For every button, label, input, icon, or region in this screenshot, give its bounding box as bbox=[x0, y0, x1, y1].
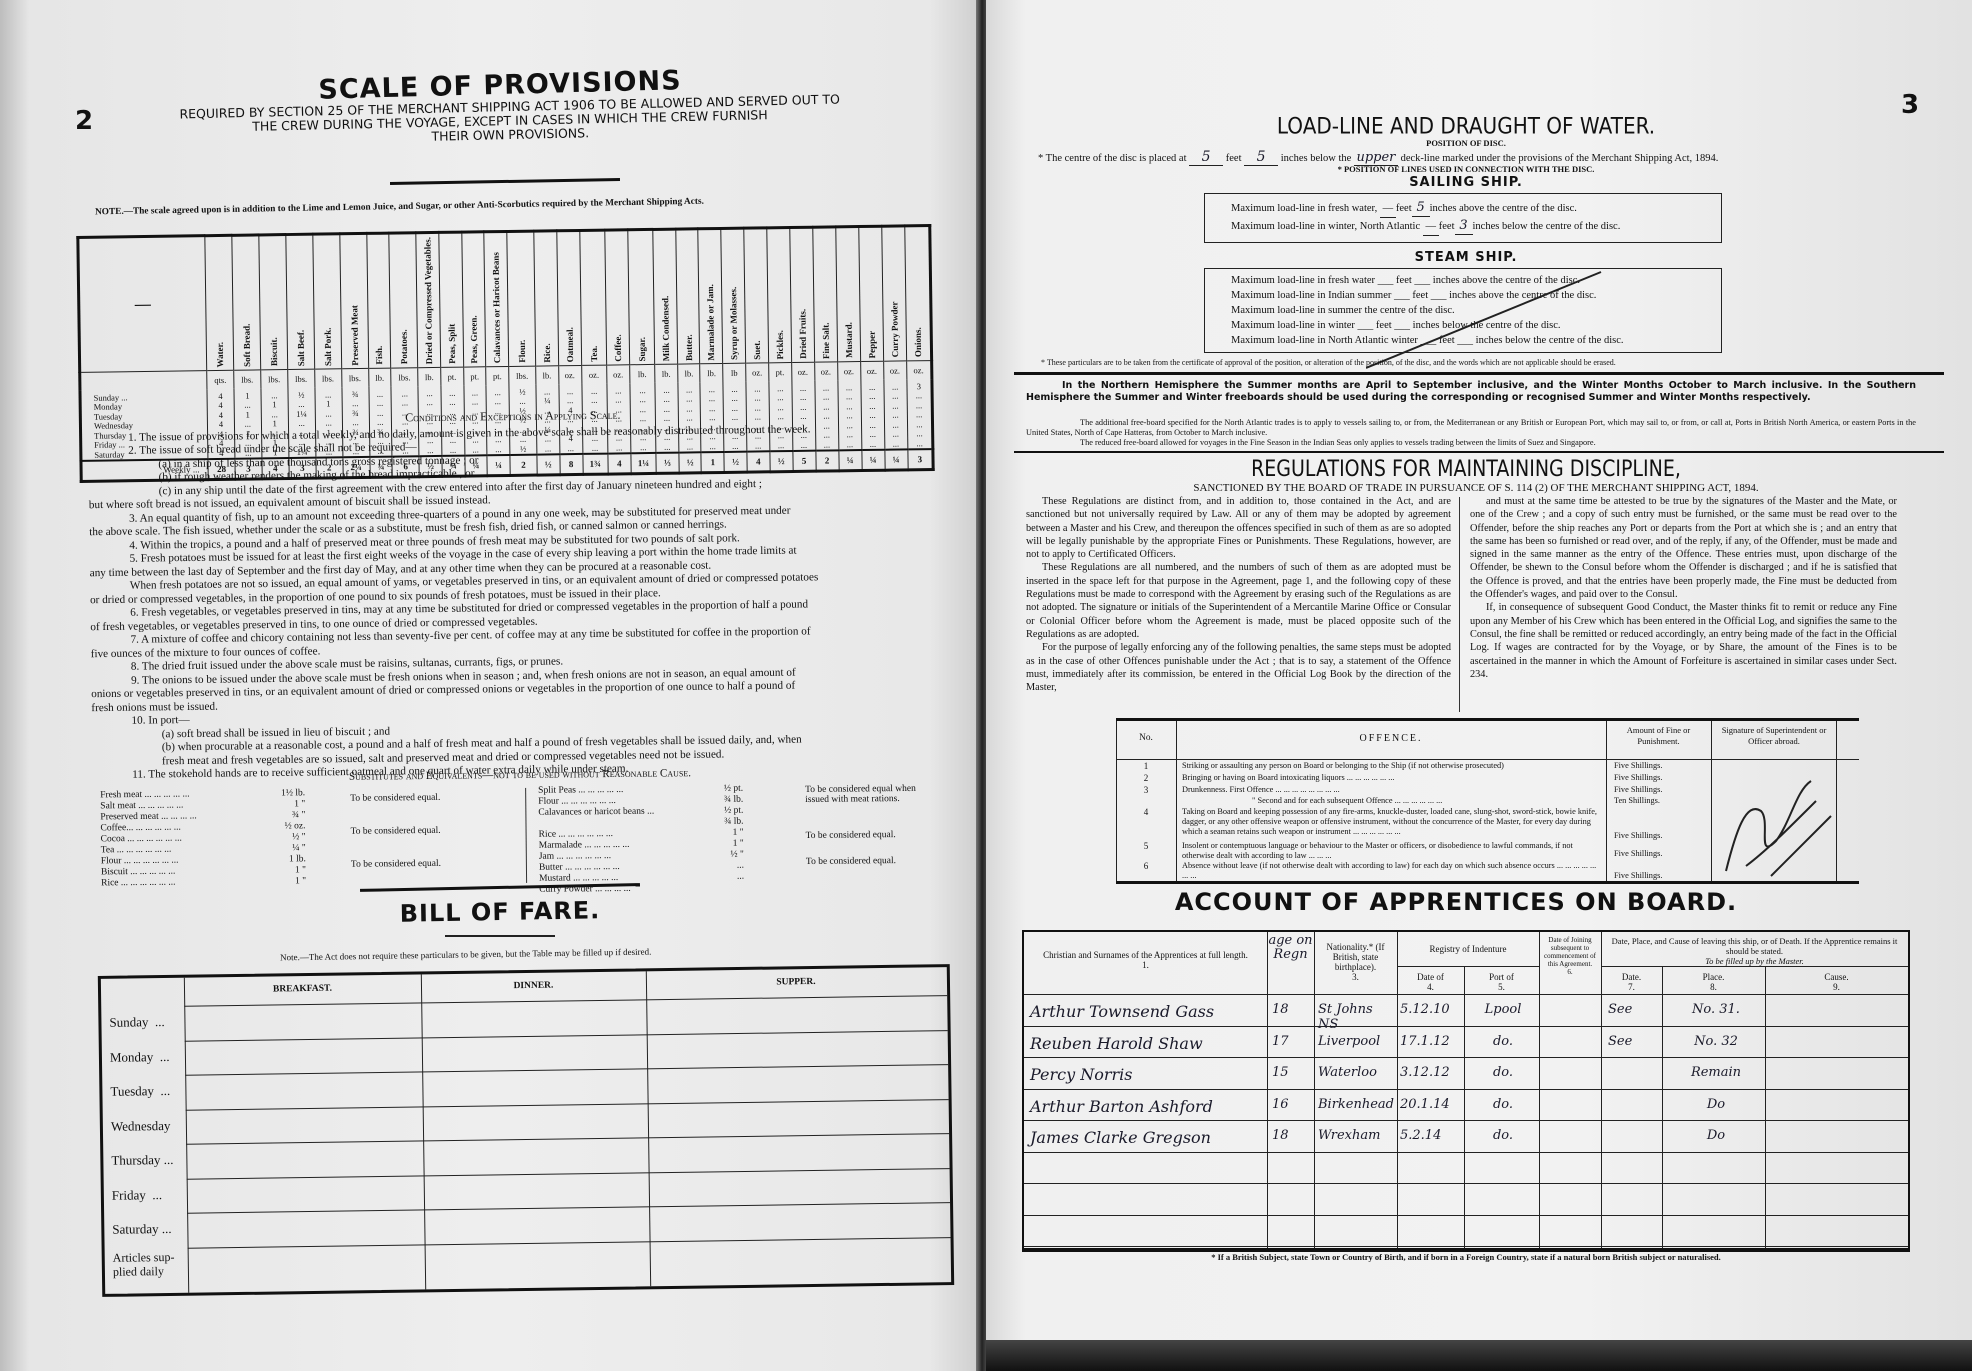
feet-field[interactable]: — bbox=[1380, 201, 1396, 218]
regulation-paragraph: and must at the same time be attested to… bbox=[1470, 495, 1897, 601]
hemisphere-note: In the Northern Hemisphere the Summer mo… bbox=[1026, 380, 1916, 404]
column-header: Calavances or Haricot Beans bbox=[484, 231, 509, 366]
substitute-item: Rice ... ... ... ... ... ... bbox=[101, 877, 276, 890]
fine-amount: Five Shillings. bbox=[1614, 785, 1709, 794]
column-header: Potatoes. bbox=[389, 233, 418, 369]
substitutes-left-list: Fresh meat ... ... ... ... ...1½ lb.Salt… bbox=[100, 788, 306, 889]
apprentice-place[interactable]: No. 31. bbox=[1669, 1002, 1763, 1017]
column-header: Sugar. bbox=[628, 229, 655, 365]
substitute-qty: ½ oz. bbox=[275, 821, 305, 832]
divider bbox=[390, 178, 620, 185]
header-text: Place. bbox=[1703, 972, 1725, 982]
apprentice-nationality[interactable]: Birkenhead bbox=[1318, 1097, 1396, 1112]
static-text: Maximum load-line in winter, North Atlan… bbox=[1231, 221, 1420, 232]
static-text: feet bbox=[1396, 203, 1412, 214]
column-header: Flour. bbox=[507, 231, 536, 367]
fine-amount: Five Shillings. bbox=[1614, 773, 1709, 782]
column-header-label: Potatoes. bbox=[399, 327, 410, 368]
offence-text: " Second and for each subsequent Offence… bbox=[1182, 796, 1602, 806]
page-edge-shadow bbox=[986, 1340, 1972, 1371]
column-header-label: Milk Condensed. bbox=[660, 292, 671, 364]
apprentice-port[interactable]: do. bbox=[1470, 1128, 1536, 1143]
column-header-supper: SUPPER. bbox=[646, 967, 946, 997]
apprentice-port[interactable]: do. bbox=[1470, 1065, 1536, 1080]
bill-of-fare-cell-breakfast[interactable] bbox=[188, 1176, 424, 1212]
apprentice-name[interactable]: Arthur Barton Ashford bbox=[1030, 1097, 1265, 1116]
apprentice-age[interactable]: 18 bbox=[1272, 1002, 1312, 1017]
superintendent-signature bbox=[1716, 771, 1836, 881]
inches-field[interactable]: 5 bbox=[1412, 200, 1430, 217]
column-header-label: Soft Bread. bbox=[241, 320, 252, 369]
steam-ship-title: STEAM SHIP. bbox=[1126, 250, 1806, 265]
unit-cell: qts. bbox=[207, 370, 234, 389]
offence-text: Absence without leave (if not otherwise … bbox=[1182, 861, 1602, 881]
static-text: inches below the bbox=[1281, 153, 1352, 164]
apprentice-date[interactable]: 5.12.10 bbox=[1400, 1002, 1462, 1017]
header-date-joining: Date of Joining subsequent to commenceme… bbox=[1539, 936, 1601, 976]
unit-cell: lb. bbox=[629, 365, 655, 384]
feet-field[interactable]: — bbox=[1423, 219, 1439, 236]
column-header: Oatmeal. bbox=[556, 230, 581, 365]
header-text: Nationality.* (If British, state birthpl… bbox=[1327, 942, 1385, 972]
substitute-qty: ¾ lb. bbox=[713, 817, 743, 828]
header-no: No. bbox=[1116, 733, 1176, 743]
sailing-load-line-row: Maximum load-line in fresh water, —feet5… bbox=[1231, 200, 1721, 218]
fine-amount: Five Shillings. bbox=[1614, 849, 1709, 858]
substitute-qty: ... bbox=[714, 861, 744, 872]
substitute-qty: ¾ lb. bbox=[713, 795, 743, 806]
substitute-qty: 1 " bbox=[714, 839, 744, 850]
apprentice-port[interactable]: do. bbox=[1470, 1097, 1536, 1112]
column-header-label: Fine Salt. bbox=[820, 319, 831, 362]
substitute-row: Rice ... ... ... ... ... ...1 " bbox=[101, 876, 306, 889]
substitutes-right-list: Split Peas ... ... ... ... ...½ pt.Flour… bbox=[538, 784, 744, 896]
column-header: Butter. bbox=[676, 229, 701, 364]
bill-of-fare-cell-breakfast[interactable] bbox=[188, 1210, 424, 1246]
fine-amount: Five Shillings. bbox=[1614, 871, 1709, 880]
unit-cell: oz. bbox=[606, 365, 629, 384]
column-header-label: Syrup or Molasses. bbox=[728, 284, 739, 363]
grid-line bbox=[1662, 966, 1663, 1248]
bill-of-fare-cell-breakfast[interactable] bbox=[186, 1038, 422, 1074]
unit-cell: pt. bbox=[769, 363, 792, 382]
bill-of-fare-cell-breakfast[interactable] bbox=[189, 1245, 425, 1281]
offence-number: 1 bbox=[1116, 761, 1176, 771]
unit-cell: lbs. bbox=[314, 369, 341, 388]
bill-of-fare-cell-dinner[interactable] bbox=[424, 1138, 648, 1174]
unit-cell: lbs. bbox=[509, 366, 536, 385]
inches-field[interactable]: 3 bbox=[1455, 218, 1473, 235]
offence-text: Striking or assaulting any person on Boa… bbox=[1182, 761, 1602, 771]
bill-of-fare-table: BREAKFAST. DINNER. SUPPER. Sunday ...Mon… bbox=[98, 964, 954, 1297]
column-header-dinner: DINNER. bbox=[421, 971, 646, 1000]
regulation-paragraph: These Regulations are distinct from, and… bbox=[1026, 495, 1451, 561]
strikeout-line bbox=[1366, 270, 1606, 370]
substitute-qty: ½ pt. bbox=[713, 784, 743, 795]
unit-cell: oz. bbox=[814, 362, 837, 381]
apprentices-title: ACCOUNT OF APPRENTICES ON BOARD. bbox=[1056, 888, 1856, 916]
regulation-paragraph: For the purpose of legally enforcing any… bbox=[1026, 641, 1451, 694]
unit-cell: lbs. bbox=[341, 369, 368, 388]
apprentice-nationality[interactable]: St Johns NS bbox=[1318, 1002, 1396, 1032]
regulation-paragraph: If, in consequence of subsequent Good Co… bbox=[1470, 601, 1897, 681]
bill-of-fare-cell-dinner[interactable] bbox=[423, 1069, 647, 1105]
load-line-title: LOAD-LINE AND DRAUGHT OF WATER. bbox=[1126, 113, 1806, 139]
conditions-section: Conditions and Exceptions in Applying Sc… bbox=[88, 405, 942, 783]
bill-of-fare-cell-dinner[interactable] bbox=[426, 1242, 650, 1278]
offence-number: 6 bbox=[1116, 861, 1176, 871]
column-header-label: Salt Beef. bbox=[295, 326, 306, 369]
bill-of-fare-day: Wednesday bbox=[111, 1118, 171, 1133]
freeboard-note-1: The additional free-board specified for … bbox=[1026, 418, 1916, 438]
grid-line bbox=[1601, 966, 1908, 967]
equal-note: To be considered equal. bbox=[351, 859, 441, 871]
grid-line bbox=[1176, 721, 1177, 881]
bill-of-fare-day: Tuesday ... bbox=[110, 1084, 170, 1099]
header-age-handwritten: age on Regn bbox=[1267, 934, 1314, 962]
header-number: 1. bbox=[1142, 960, 1149, 970]
column-header: Dried or Compressed Vegetables. bbox=[416, 232, 441, 367]
column-header-label: Pickles. bbox=[774, 327, 784, 362]
grid-line bbox=[1024, 1246, 1908, 1247]
equal-note: To be considered equal. bbox=[350, 793, 440, 805]
substitute-qty bbox=[714, 883, 744, 894]
position-of-disc-label: POSITION OF DISC. bbox=[1126, 138, 1806, 148]
substitute-qty: 1 lb. bbox=[276, 854, 306, 865]
regulation-paragraph: These Regulations are all numbered, and … bbox=[1026, 561, 1451, 641]
bill-of-fare-cell-breakfast[interactable] bbox=[187, 1141, 423, 1177]
header-name: Christian and Surnames of the Apprentice… bbox=[1024, 950, 1267, 970]
static-text: inches above the centre of the disc. bbox=[1430, 203, 1577, 214]
unit-cell: oz. bbox=[860, 361, 883, 380]
column-header: Pickles. bbox=[767, 228, 792, 363]
grid-line bbox=[1606, 721, 1607, 881]
column-header-label: Coffee. bbox=[612, 331, 622, 364]
apprentice-name[interactable]: Percy Norris bbox=[1030, 1065, 1265, 1084]
column-header-label: Pepper bbox=[866, 327, 876, 361]
equal-note: To be considered equal. bbox=[806, 856, 896, 868]
grid-line bbox=[1024, 1152, 1908, 1153]
header-text: Date, Place, and Cause of leaving this s… bbox=[1612, 936, 1898, 956]
bill-of-fare-cell-dinner[interactable] bbox=[424, 1104, 648, 1140]
bill-of-fare-cell-dinner[interactable] bbox=[425, 1173, 649, 1209]
substitute-qty: ¼ " bbox=[276, 843, 306, 854]
apprentice-age[interactable]: 16 bbox=[1272, 1097, 1312, 1112]
header-text: Christian and Surnames of the Apprentice… bbox=[1043, 950, 1248, 960]
column-header: Salt Beef. bbox=[286, 234, 315, 370]
header-number: 7. bbox=[1628, 982, 1635, 992]
unit-cell: oz. bbox=[746, 363, 769, 382]
column-header-label: Peas, Split bbox=[446, 321, 457, 367]
apprentice-age[interactable]: 15 bbox=[1272, 1065, 1312, 1080]
unit-cell: oz. bbox=[791, 362, 814, 381]
header-text: Cause. bbox=[1824, 972, 1848, 982]
apprentice-date[interactable]: 3.12.12 bbox=[1400, 1065, 1462, 1080]
header-text: Port of bbox=[1489, 972, 1514, 982]
bill-of-fare-cell-supper[interactable] bbox=[650, 1169, 948, 1206]
column-header: Fine Salt. bbox=[812, 227, 837, 362]
grid-line bbox=[1024, 1057, 1908, 1058]
unit-cell: oz. bbox=[581, 365, 607, 384]
offence-number: 3 bbox=[1116, 785, 1176, 795]
apprentice-leaving-date[interactable]: See bbox=[1608, 1034, 1660, 1049]
equal-note: To be considered equal when issued with … bbox=[805, 784, 935, 805]
static-text: feet bbox=[1226, 153, 1242, 164]
divider bbox=[1014, 451, 1944, 453]
divider bbox=[1014, 372, 1944, 375]
substitute-qty: 1 " bbox=[276, 876, 306, 887]
header-subtext: To be filled up by the Master. bbox=[1705, 956, 1804, 966]
unit-cell: pt. bbox=[486, 367, 509, 386]
unit-cell: lbs. bbox=[234, 370, 261, 389]
offence-number: 2 bbox=[1116, 773, 1176, 783]
bill-of-fare-cell-breakfast[interactable] bbox=[187, 1107, 423, 1143]
regulations-subtitle: SANCTIONED BY THE BOARD OF TRADE IN PURS… bbox=[1026, 482, 1926, 494]
column-header: Rice. bbox=[534, 231, 559, 366]
apprentice-place[interactable]: Do bbox=[1669, 1097, 1763, 1112]
apprentice-name[interactable]: James Clarke Gregson bbox=[1030, 1128, 1265, 1147]
static-text: deck-line marked under the provisions of… bbox=[1401, 153, 1719, 164]
apprentice-name[interactable]: Reuben Harold Shaw bbox=[1030, 1034, 1265, 1053]
column-header: Peas, Split bbox=[439, 232, 464, 367]
bill-of-fare-cell-supper[interactable] bbox=[650, 1203, 948, 1240]
apprentice-date[interactable]: 17.1.12 bbox=[1400, 1034, 1462, 1049]
sailing-ship-box: Maximum load-line in fresh water, —feet5… bbox=[1204, 193, 1722, 243]
sailing-ship-title: SAILING SHIP. bbox=[1126, 175, 1806, 190]
left-page: 2 SCALE OF PROVISIONS REQUIRED BY SECTIO… bbox=[0, 0, 978, 1371]
apprentices-table: Christian and Surnames of the Apprentice… bbox=[1022, 930, 1910, 1252]
unit-cell: pt. bbox=[463, 367, 486, 386]
fine-amount: Five Shillings. bbox=[1614, 831, 1709, 840]
bill-of-fare-cell-supper[interactable] bbox=[647, 996, 945, 1033]
bill-of-fare-day: Articles sup- plied daily bbox=[113, 1249, 175, 1278]
offence-number: 5 bbox=[1116, 841, 1176, 851]
static-text: inches below the centre of the disc. bbox=[1473, 221, 1621, 232]
column-header: Tea. bbox=[579, 230, 606, 366]
header-nationality: Nationality.* (If British, state birthpl… bbox=[1314, 942, 1397, 982]
column-header-label: Flour. bbox=[517, 337, 527, 366]
bill-of-fare-cell-dinner[interactable] bbox=[422, 1000, 646, 1036]
lines-heading: * POSITION OF LINES USED IN CONNECTION W… bbox=[1126, 164, 1806, 174]
bill-of-fare-day: Thursday ... bbox=[111, 1153, 173, 1168]
substitute-qty: 1 " bbox=[275, 799, 305, 810]
substitute-qty: ½ " bbox=[714, 850, 744, 861]
apprentice-nationality[interactable]: Wrexham bbox=[1318, 1128, 1396, 1143]
header-number: 9. bbox=[1833, 982, 1840, 992]
grid-line bbox=[1116, 721, 1117, 881]
offence-text: Insolent or contemptuous language or beh… bbox=[1182, 841, 1602, 861]
column-header: Biscuit. bbox=[259, 235, 288, 371]
unit-cell: lb. bbox=[535, 366, 558, 385]
column-header: Pepper bbox=[858, 226, 883, 361]
column-header-label: Curry Powder bbox=[889, 299, 900, 361]
apprentice-leaving-date[interactable]: See bbox=[1608, 1002, 1660, 1017]
bill-of-fare-cell-supper[interactable] bbox=[648, 1031, 946, 1068]
bill-of-fare-cell-dinner[interactable] bbox=[423, 1035, 647, 1071]
apprentice-place[interactable]: No. 32 bbox=[1669, 1034, 1763, 1049]
regulations-column-1: These Regulations are distinct from, and… bbox=[1026, 495, 1451, 694]
bill-of-fare-cell-breakfast[interactable] bbox=[185, 1003, 421, 1039]
provisions-note: NOTE.—The scale agreed upon is in additi… bbox=[95, 193, 935, 218]
offences-table: No. OFFENCE. Signature of Superintendent… bbox=[1116, 718, 1859, 884]
column-divider bbox=[1459, 497, 1460, 712]
header-offence: OFFENCE. bbox=[1176, 733, 1606, 744]
column-header: Peas, Green. bbox=[461, 232, 486, 367]
header-number: 8. bbox=[1710, 982, 1717, 992]
apprentice-name[interactable]: Arthur Townsend Gass bbox=[1030, 1002, 1265, 1021]
static-text: * The centre of the disc is placed at bbox=[1038, 153, 1187, 164]
apprentice-place[interactable]: Do bbox=[1669, 1128, 1763, 1143]
header-text: Date of bbox=[1417, 972, 1444, 982]
bill-of-fare-day: Friday ... bbox=[112, 1188, 162, 1203]
column-header-label: Marmalade or Jam. bbox=[705, 281, 716, 364]
substitute-qty: 1 " bbox=[276, 865, 306, 876]
divider bbox=[445, 935, 555, 937]
offence-text: Bringing or having on Board intoxicating… bbox=[1182, 773, 1602, 783]
apprentice-nationality[interactable]: Liverpool bbox=[1318, 1034, 1396, 1049]
grid-line bbox=[1024, 994, 1908, 995]
substitute-qty: ... bbox=[714, 872, 744, 883]
apprentices-footnote: * If a British Subject, state Town or Co… bbox=[1066, 1252, 1866, 1262]
unit-cell: lb bbox=[723, 363, 746, 382]
column-divider bbox=[525, 788, 527, 883]
regulations-column-2: and must at the same time be attested to… bbox=[1470, 495, 1897, 681]
bill-of-fare-cell-supper[interactable] bbox=[649, 1100, 947, 1137]
unit-cell: lbs. bbox=[287, 369, 314, 388]
grid-line bbox=[1024, 1183, 1908, 1184]
header-text: Date of Joining subsequent to commenceme… bbox=[1544, 936, 1596, 968]
column-header-label: Dried or Compressed Vegetables. bbox=[422, 234, 434, 367]
unit-cell: lbs. bbox=[391, 368, 418, 387]
regulations-title: REGULATIONS FOR MAINTAINING DISCIPLINE, bbox=[1136, 456, 1796, 481]
substitute-qty: 1½ lb. bbox=[275, 788, 305, 799]
header-cause: Cause.9. bbox=[1765, 972, 1908, 992]
apprentice-port[interactable]: Lpool bbox=[1470, 1002, 1536, 1017]
column-header-label: Calavances or Haricot Beans bbox=[491, 249, 503, 366]
corner-cell: — bbox=[78, 236, 207, 373]
header-text: Date. bbox=[1622, 972, 1641, 982]
page-number: 3 bbox=[1901, 90, 1919, 120]
bill-of-fare-cell-supper[interactable] bbox=[649, 1134, 947, 1171]
column-header: Dried Fruits. bbox=[789, 227, 814, 362]
apprentice-date[interactable]: 5.2.14 bbox=[1400, 1128, 1462, 1143]
static-text: Maximum load-line in fresh water, bbox=[1231, 203, 1377, 214]
column-header: Water. bbox=[205, 235, 234, 371]
column-header-breakfast: BREAKFAST. bbox=[184, 974, 421, 1003]
grid-line bbox=[1116, 759, 1859, 760]
header-number: 5. bbox=[1498, 982, 1505, 992]
apprentice-nationality[interactable]: Waterloo bbox=[1318, 1065, 1396, 1080]
load-line-footnote: * These particulars are to be taken from… bbox=[1041, 358, 1921, 367]
column-header-label: Sugar. bbox=[637, 334, 647, 365]
equal-note: To be considered equal. bbox=[806, 830, 896, 842]
column-header: Coffee. bbox=[605, 230, 630, 365]
grid-line bbox=[1024, 1120, 1908, 1121]
unit-cell: lb. bbox=[677, 364, 700, 383]
column-header: Salt Pork. bbox=[313, 234, 342, 370]
column-header: Mustard. bbox=[835, 227, 860, 362]
bill-of-fare-cell-breakfast[interactable] bbox=[186, 1072, 422, 1108]
apprentice-date[interactable]: 20.1.14 bbox=[1400, 1097, 1462, 1112]
apprentice-age[interactable]: 17 bbox=[1272, 1034, 1312, 1049]
static-text: feet bbox=[1439, 221, 1455, 232]
fine-amount: Five Shillings. bbox=[1614, 761, 1709, 770]
column-header-label: Fish. bbox=[374, 343, 384, 368]
column-header-label: Dried Fruits. bbox=[797, 306, 808, 362]
unit-cell: lb. bbox=[418, 368, 441, 387]
column-header-label: Suet. bbox=[752, 337, 762, 362]
apprentice-place[interactable]: Remain bbox=[1669, 1065, 1763, 1080]
column-header-label: Onions. bbox=[913, 325, 923, 361]
sailing-load-line-row: Maximum load-line in winter, North Atlan… bbox=[1231, 218, 1721, 236]
grid-line bbox=[1024, 1215, 1908, 1216]
column-header-label: Tea. bbox=[589, 343, 599, 365]
header-number: 6. bbox=[1567, 968, 1572, 976]
column-header-label: Water. bbox=[215, 339, 225, 371]
bill-of-fare-note: Note.—The Act does not require these par… bbox=[280, 944, 840, 963]
grid-line bbox=[1267, 932, 1268, 1248]
column-header: Milk Condensed. bbox=[653, 229, 678, 364]
header-date-of: Date of4. bbox=[1397, 972, 1464, 992]
apprentice-age[interactable]: 18 bbox=[1272, 1128, 1312, 1143]
column-header-label: Oatmeal. bbox=[564, 324, 575, 365]
column-header-label: Mustard. bbox=[843, 320, 854, 362]
grid-line bbox=[1765, 966, 1766, 1248]
unit-cell: pt. bbox=[441, 367, 464, 386]
column-header: Onions. bbox=[904, 226, 931, 362]
column-header: Curry Powder bbox=[881, 226, 906, 361]
column-header: Soft Bread. bbox=[232, 235, 261, 371]
bill-of-fare-day: Sunday ... bbox=[109, 1015, 164, 1030]
page-subtitle: REQUIRED BY SECTION 25 OF THE MERCHANT S… bbox=[90, 90, 931, 151]
header-fine-amount: Amount of Fine or Punishment. bbox=[1611, 725, 1706, 747]
header-date: Date.7. bbox=[1601, 972, 1662, 992]
column-header: Fish. bbox=[366, 233, 391, 368]
bill-of-fare-cell-dinner[interactable] bbox=[425, 1207, 649, 1243]
substitute-qty: ½ " bbox=[276, 832, 306, 843]
unit-cell: oz. bbox=[837, 362, 860, 381]
substitute-qty: 1 " bbox=[714, 828, 744, 839]
column-header: Marmalade or Jam. bbox=[698, 228, 723, 363]
unit-cell: oz. bbox=[906, 361, 932, 380]
column-header-label: Peas, Green. bbox=[469, 312, 480, 366]
header-fine: Signature of Superintendent or Officer a… bbox=[1714, 725, 1834, 747]
fine-amount: Ten Shillings. bbox=[1614, 796, 1709, 805]
column-header-label: Salt Pork. bbox=[322, 324, 333, 369]
header-number: 4. bbox=[1427, 982, 1434, 992]
unit-cell: oz. bbox=[883, 361, 906, 380]
bill-of-fare-cell-supper[interactable] bbox=[648, 1065, 946, 1102]
unit-cell: lbs. bbox=[261, 370, 288, 389]
grid-line bbox=[1024, 1089, 1908, 1090]
apprentice-port[interactable]: do. bbox=[1470, 1034, 1536, 1049]
grid-line bbox=[1397, 966, 1539, 967]
bill-of-fare-day: Monday ... bbox=[110, 1049, 170, 1064]
column-header: Preserved Meat bbox=[339, 233, 368, 369]
header-place: Place.8. bbox=[1662, 972, 1765, 992]
offence-number: 4 bbox=[1116, 807, 1176, 817]
unit-cell: lb. bbox=[700, 364, 723, 383]
column-header: Syrup or Molasses. bbox=[721, 228, 746, 363]
equal-note: To be considered equal. bbox=[351, 826, 441, 838]
right-page: 3 LOAD-LINE AND DRAUGHT OF WATER. POSITI… bbox=[986, 0, 1972, 1371]
column-header-label: Rice. bbox=[541, 340, 551, 365]
bill-of-fare-cell-supper[interactable] bbox=[651, 1238, 949, 1275]
unit-cell: lb. bbox=[368, 368, 391, 387]
bill-of-fare-title: BILL OF FARE. bbox=[350, 895, 650, 928]
header-leaving: Date, Place, and Cause of leaving this s… bbox=[1601, 936, 1908, 966]
freeboard-note-2: The reduced free-board allowed for voyag… bbox=[1080, 438, 1920, 448]
